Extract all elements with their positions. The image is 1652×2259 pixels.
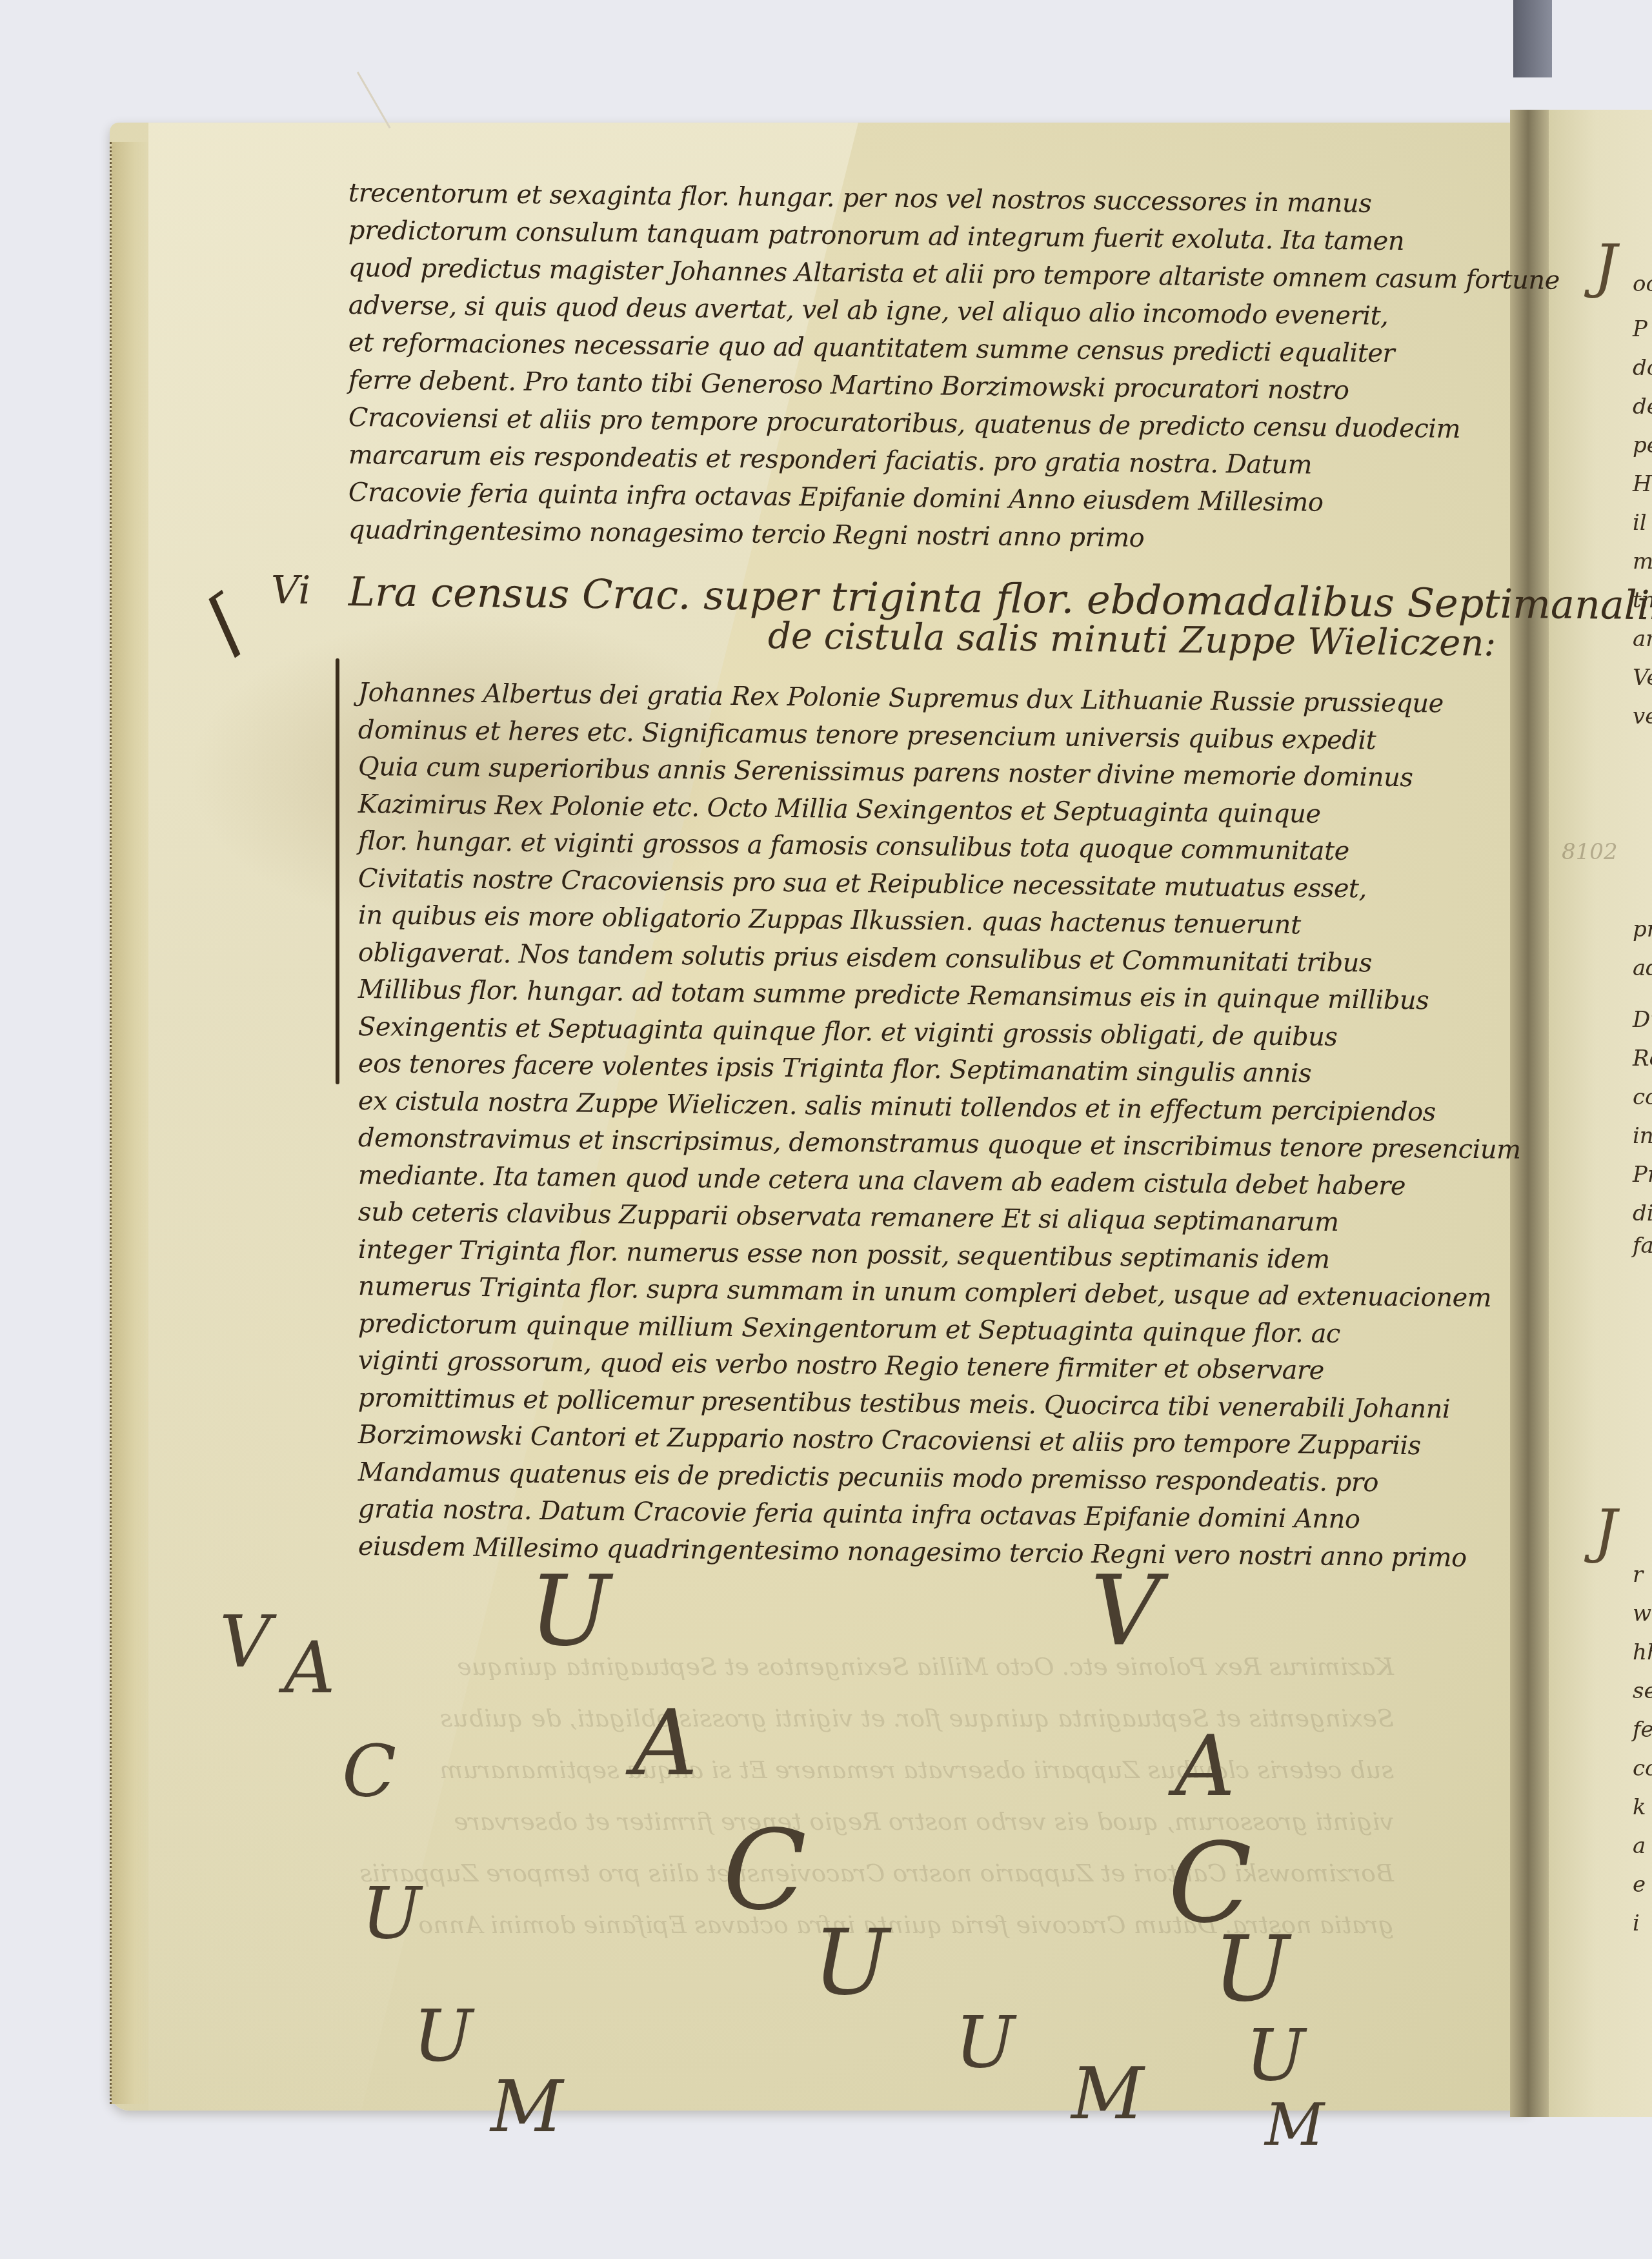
initial-j-stroke: [336, 658, 339, 1084]
facing-page-fragment: se: [1633, 1678, 1652, 1704]
facing-page-fragment: an: [1633, 626, 1652, 652]
facing-page-fragment: pre: [1633, 917, 1652, 942]
continuation-text-block: trecentorum et sexaginta flor. hungar. p…: [348, 174, 1407, 549]
facing-page-fragment: hh: [1633, 1639, 1652, 1665]
facing-page-fragment: e: [1633, 1872, 1646, 1898]
facing-page-fragment: k: [1633, 1794, 1646, 1820]
entry-heading: Lra census Crac. super triginta flor. eb…: [348, 568, 1407, 657]
facing-page-fragment: Ha: [1633, 471, 1652, 497]
pen-trial-letter: U: [529, 1555, 610, 1668]
facing-page-fragment: fe: [1633, 1717, 1652, 1743]
facing-page-fragment: P: [1633, 316, 1647, 342]
facing-page-fragment: in: [1633, 1123, 1652, 1149]
pen-trial-letter: A: [632, 1691, 698, 1796]
pen-trial-letter: U: [1213, 1917, 1289, 2022]
pen-trial-letter: U: [813, 1910, 889, 2016]
pen-trial-letter: A: [1174, 1717, 1235, 1815]
bleed-through-line: Sexingentis et Septuaginta quinque flor.…: [361, 1704, 1394, 1732]
pen-trial-letter: A: [284, 1626, 335, 1709]
facing-page-fragment: fa: [1633, 1233, 1652, 1259]
bleed-through-line: sub ceteris clavibus Zupparii observata …: [361, 1756, 1394, 1784]
facing-page-fragment: r: [1633, 1562, 1643, 1588]
facing-page-initial: J: [1594, 232, 1617, 300]
facing-page-fragment: pe: [1633, 432, 1652, 458]
pen-trial-letter: C: [723, 1807, 807, 1935]
pen-trial-letter: M: [1071, 2052, 1144, 2135]
facing-page-fragment: Pr: [1633, 1162, 1652, 1188]
facing-page-fragment: a: [1633, 1833, 1646, 1859]
pen-trial-letter: C: [342, 1730, 396, 1812]
facing-page-fragment: ve: [1633, 704, 1652, 729]
facing-page-fragment: Re: [1633, 1046, 1652, 1071]
facing-page-fragment: w: [1633, 1601, 1651, 1626]
margin-mark-vi: Vi: [271, 568, 310, 613]
facing-page-fragment: Ve: [1633, 665, 1652, 691]
pen-trial-letter: U: [361, 1872, 421, 1954]
facing-page-fragment: i: [1633, 1910, 1640, 1936]
facing-page-fragment: m: [1633, 549, 1652, 574]
facing-page-fragment: Du: [1633, 1007, 1652, 1033]
pen-trial-letter: M: [490, 2065, 563, 2148]
loose-fibre: [357, 59, 413, 128]
facing-page-fragment: dis: [1633, 1200, 1652, 1226]
pen-trial-letter: M: [1265, 2091, 1324, 2159]
pen-trial-letter: U: [1245, 2014, 1305, 2096]
facing-page-faint-number: 8102: [1562, 839, 1618, 865]
charter-text-block: Johannes Albertus dei gratia Rex Polonie…: [358, 674, 1416, 1565]
facing-page-lower-initial: J: [1594, 1497, 1617, 1565]
facing-page-fragment: il: [1633, 510, 1647, 536]
pen-trial-letter: V: [1091, 1555, 1160, 1668]
facing-page-fragment: ad: [1633, 955, 1652, 981]
pen-trial-letter: U: [413, 1994, 473, 2077]
pen-trial-letter: V: [219, 1601, 270, 1683]
heading-line-2: de cistula salis minuti Zuppe Wieliczen:: [768, 615, 1407, 664]
pen-trial-letter: U: [955, 2001, 1015, 2083]
facing-page-fragment: do: [1633, 355, 1652, 381]
leaf-outer-edge: [110, 142, 150, 2104]
facing-page-fragment: co: [1633, 1084, 1652, 1110]
facing-page-fragment: cc: [1633, 1756, 1652, 1781]
facing-page-fragment: oc: [1633, 271, 1652, 297]
bleed-through-line: Kazimirus Rex Polonie etc. Octo Millia S…: [361, 1652, 1394, 1681]
facing-page-fragment: de: [1633, 394, 1652, 420]
binding-top: [1513, 0, 1552, 77]
